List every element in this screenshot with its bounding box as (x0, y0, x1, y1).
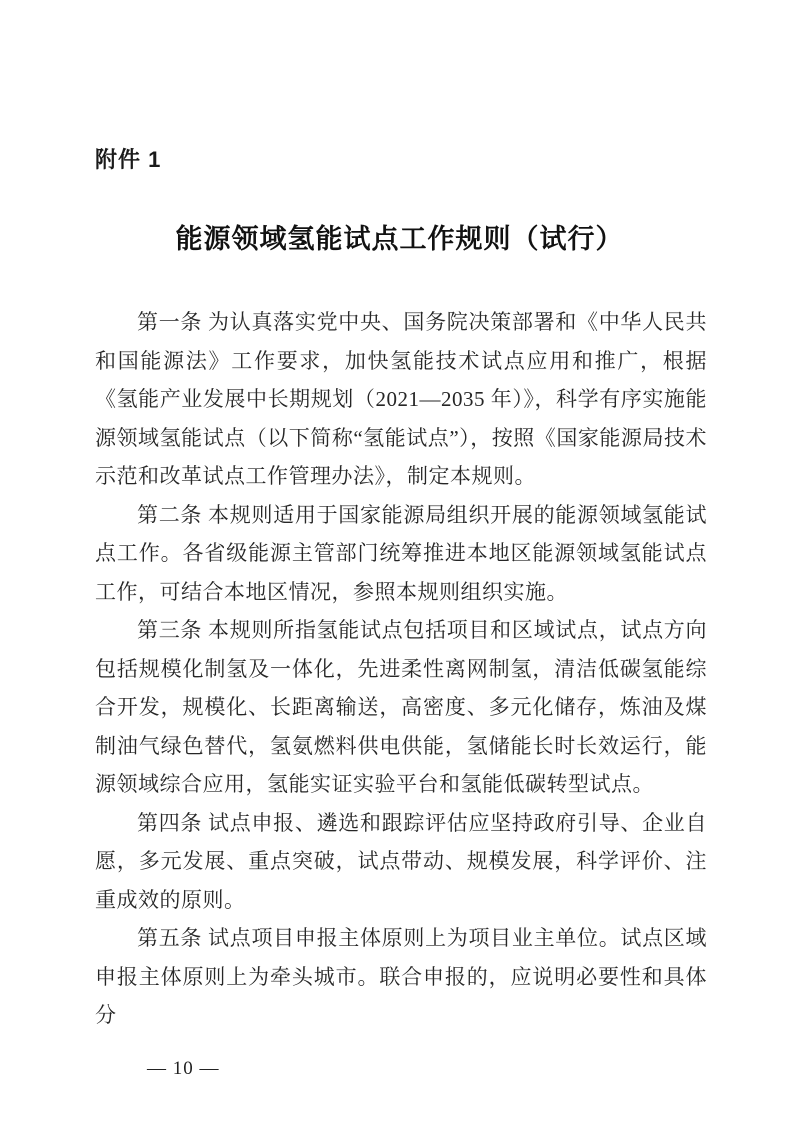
document-title: 能源领域氢能试点工作规则（试行） (95, 220, 704, 258)
paragraph-article-5: 第五条 试点项目申报主体原则上为项目业主单位。试点区域申报主体原则上为牵头城市。… (95, 919, 707, 1035)
page-number: — 10 — (95, 1057, 704, 1081)
attachment-label: 附件 1 (95, 147, 704, 173)
paragraph-article-4: 第四条 试点申报、遴选和跟踪评估应坚持政府引导、企业自愿，多元发展、重点突破，试… (95, 804, 707, 920)
document-body: 第一条 为认真落实党中央、国务院决策部署和《中华人民共和国能源法》工作要求，加快… (95, 303, 707, 1035)
paragraph-article-3: 第三条 本规则所指氢能试点包括项目和区域试点，试点方向包括规模化制氢及一体化，先… (95, 611, 707, 804)
paragraph-article-1: 第一条 为认真落实党中央、国务院决策部署和《中华人民共和国能源法》工作要求，加快… (95, 303, 707, 496)
paragraph-article-2: 第二条 本规则适用于国家能源局组织开展的能源领域氢能试点工作。各省级能源主管部门… (95, 496, 707, 612)
document-page: 附件 1 能源领域氢能试点工作规则（试行） 第一条 为认真落实党中央、国务院决策… (0, 0, 794, 1123)
